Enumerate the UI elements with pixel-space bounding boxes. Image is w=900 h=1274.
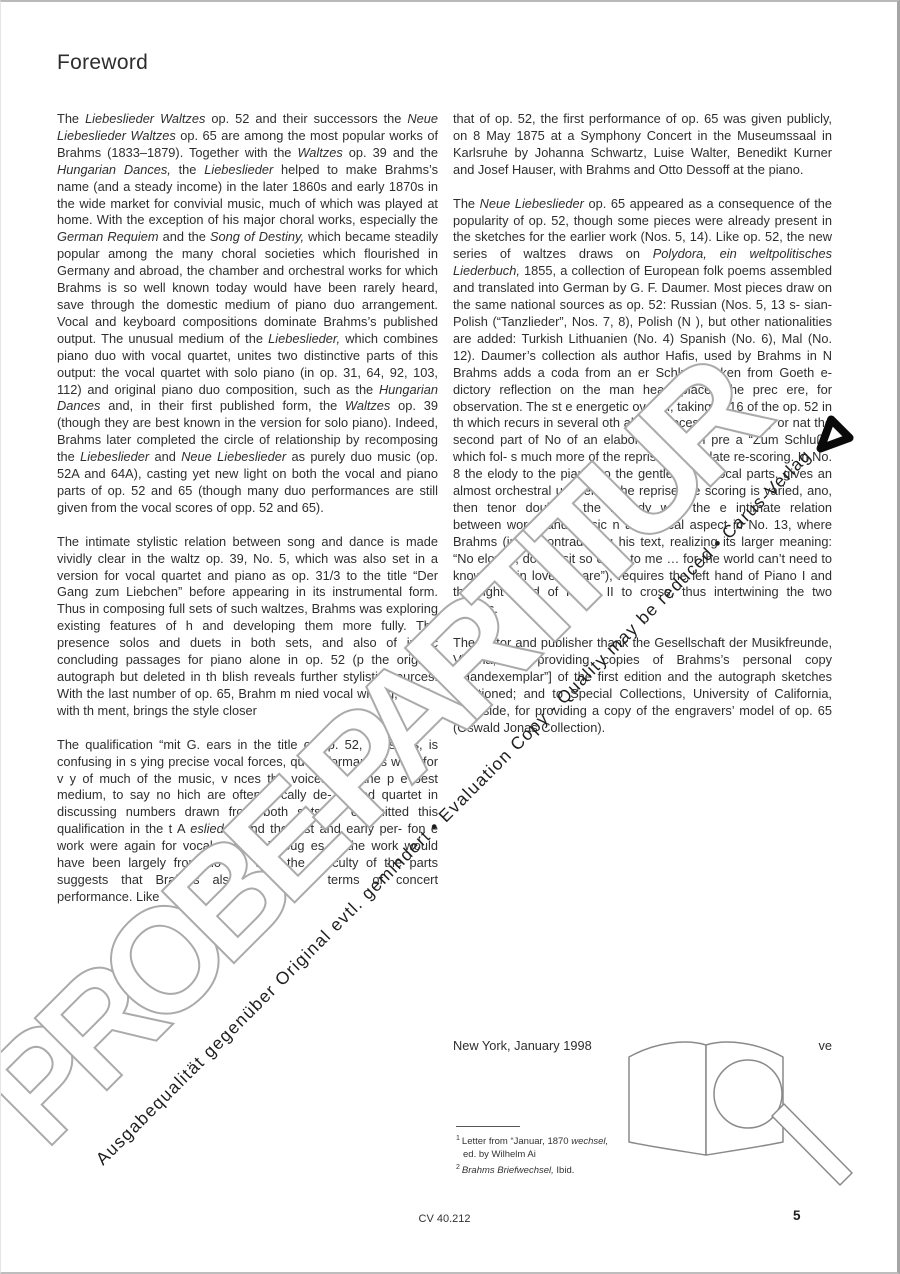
book-left-page (629, 1042, 706, 1155)
right-column: that of op. 52, the first performance of… (453, 111, 832, 754)
paragraph: The Neue Liebeslieder op. 65 appeared as… (453, 196, 832, 619)
footnote-2-text: Brahms Briefwechsel, Ibid. (462, 1166, 574, 1177)
footnote-rule (456, 1126, 520, 1127)
magnifier-handle (772, 1104, 852, 1185)
footnotes: 1Letter from “Januar, 1870 wechsel, ed. … (456, 1126, 614, 1179)
paragraph: The Liebeslieder Waltzes op. 52 and thei… (57, 111, 438, 517)
footer-catalog-number: CV 40.212 (57, 1213, 832, 1225)
open-book-magnifier-icon (611, 1030, 861, 1210)
paragraph: that of op. 52, the first performance of… (453, 111, 832, 179)
footnote-1-number: 1 (456, 1135, 460, 1142)
footnote-2-number: 2 (456, 1164, 460, 1171)
document-page: Foreword The Liebeslieder Waltzes op. 52… (0, 0, 900, 1274)
paragraph: The editor and publisher thank the Gesel… (453, 635, 832, 736)
magnifier-lens (714, 1060, 782, 1128)
page-number: 5 (793, 1208, 801, 1223)
paragraph: The intimate stylistic relation between … (57, 534, 438, 720)
place-date: New York, January 1998 (453, 1038, 592, 1053)
page-title: Foreword (57, 51, 148, 75)
paragraph: The qualification “mit G. ears in the ti… (57, 737, 438, 906)
footnote-1-text: Letter from “Januar, 1870 wechsel, ed. b… (462, 1136, 608, 1160)
left-column: The Liebeslieder Waltzes op. 52 and thei… (57, 111, 438, 923)
footnote-1: 1Letter from “Januar, 1870 wechsel, ed. … (456, 1133, 614, 1161)
footnote-2: 2Brahms Briefwechsel, Ibid. (456, 1162, 614, 1178)
